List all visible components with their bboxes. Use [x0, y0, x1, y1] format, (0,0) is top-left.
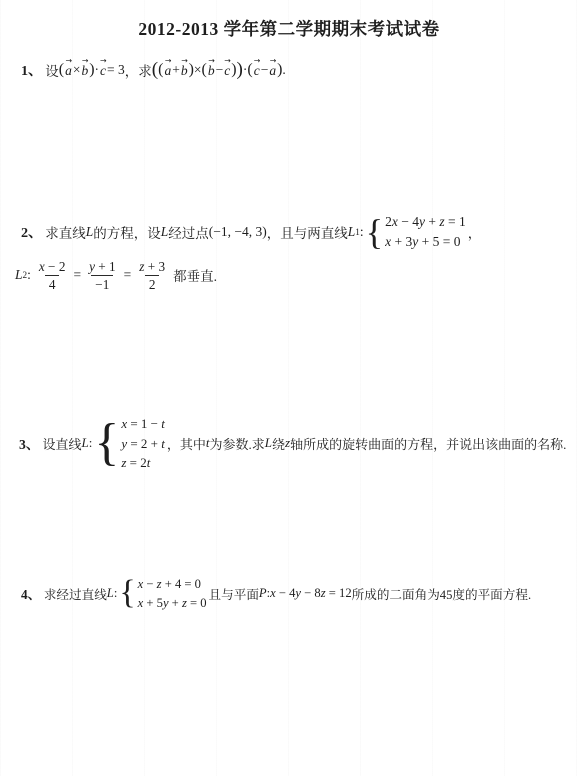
equation-system: {x = 1 − ty = 2 + tz = 2t — [94, 414, 165, 473]
text-run: 轴所成的旋转曲面的方程，并说出该曲面的名称. — [290, 434, 566, 453]
question-4-number: 4、 — [21, 584, 41, 603]
vector-c: c→ — [254, 63, 260, 78]
vector-arrow-icon: → — [208, 57, 215, 65]
math-run: = — [124, 267, 132, 283]
question-2-number: 2、 — [21, 222, 42, 242]
system-equation: x − z + 4 = 0 — [138, 575, 207, 594]
math-run: − — [261, 62, 269, 78]
text-run: 求直线 — [45, 222, 86, 242]
text-run: ，求 — [125, 60, 152, 80]
system-equation: x + 3y + 5 = 0 — [385, 232, 466, 252]
math-run: + — [172, 62, 180, 78]
system-equation: x = 1 − t — [121, 414, 165, 434]
text-run: 设直线 — [42, 434, 81, 453]
text-run: 且与平面 — [209, 584, 259, 603]
vector-arrow-icon: → — [270, 57, 277, 65]
system-equation: 2x − 4y + z = 1 — [385, 212, 466, 232]
vector-a: a→ — [269, 63, 276, 78]
text-run: 设 — [45, 60, 59, 80]
math-run: : — [27, 267, 31, 283]
math-run: P:x − 4y − 8z = 12 — [259, 586, 352, 601]
question-4-line-1: 求经过直线 L:{x − z + 4 = 0x + 5y + z = 0且与平面… — [44, 575, 531, 613]
math-run: = 3 — [107, 62, 125, 78]
question-3-number: 3、 — [19, 433, 39, 453]
question-3-row: 3、 设直线 L:{x = 1 − ty = 2 + tz = 2t，其中t为参… — [19, 414, 566, 473]
vector-a: a→ — [65, 63, 72, 78]
text-run: 求经过直线 — [44, 584, 107, 603]
question-2-line-1: 求直线 L 的方程，设 L 经过点(−1, −4, 3)，且与两直线 L1:{2… — [45, 212, 481, 253]
question-3: 3、 设直线 L:{x = 1 − ty = 2 + tz = 2t，其中t为参… — [19, 414, 566, 473]
fraction-denominator: 4 — [45, 275, 60, 292]
math-run: × — [73, 62, 81, 78]
fraction: x − 24 — [35, 259, 70, 292]
system-equation: z = 2t — [121, 453, 165, 473]
question-1-number: 1、 — [21, 60, 42, 80]
left-brace: { — [366, 217, 384, 248]
exam-paper-page: 2012-2013 学年第二学期期末考试试卷 1、 设(a→ × b→) · c… — [0, 0, 578, 776]
fraction-numerator: y + 1 — [85, 259, 120, 275]
math-run: = — [73, 267, 81, 283]
system-equation: y = 2 + t — [121, 434, 165, 454]
math-run: L — [265, 435, 272, 451]
question-1-line-1: 设(a→ × b→) · c→ = 3，求((a→ + b→) × (b→ − … — [45, 60, 286, 80]
math-run: L — [15, 267, 23, 283]
math-run: · — [95, 62, 100, 78]
paren: ( — [158, 62, 163, 78]
vector-arrow-icon: → — [100, 57, 107, 65]
text-run: 都垂直. — [173, 265, 217, 285]
question-2-row-1: 2、 求直线 L 的方程，设 L 经过点(−1, −4, 3)，且与两直线 L1… — [21, 212, 481, 253]
math-run: : — [360, 224, 364, 240]
vector-b: b→ — [208, 63, 215, 78]
fraction-denominator: −1 — [91, 275, 113, 292]
question-3-line-1: 设直线 L:{x = 1 − ty = 2 + tz = 2t，其中t为参数.求… — [42, 414, 566, 473]
math-run: . — [282, 62, 285, 78]
vector-arrow-icon: → — [165, 57, 172, 65]
text-run: ， — [468, 222, 482, 242]
text-run: ，且与两直线 — [267, 222, 348, 242]
left-brace: { — [119, 579, 135, 608]
vector-b: b→ — [81, 63, 88, 78]
text-run: 为参数.求 — [210, 434, 265, 453]
text-run: 的方程，设 — [93, 222, 161, 242]
fraction-denominator: 2 — [145, 275, 160, 292]
question-1-row: 1、 设(a→ × b→) · c→ = 3，求((a→ + b→) × (b→… — [21, 60, 286, 80]
question-2: 2、 求直线 L 的方程，设 L 经过点(−1, −4, 3)，且与两直线 L1… — [21, 212, 481, 292]
question-4: 4、 求经过直线 L:{x − z + 4 = 0x + 5y + z = 0且… — [21, 575, 531, 613]
paren: ( — [202, 62, 207, 78]
fraction: y + 1−1 — [85, 259, 120, 292]
vector-arrow-icon: → — [82, 57, 89, 65]
math-run: × — [194, 62, 202, 78]
page-title: 2012-2013 学年第二学期期末考试试卷 — [0, 16, 578, 41]
math-run: − — [216, 62, 224, 78]
fraction: z + 32 — [135, 259, 169, 292]
math-run: L — [348, 224, 356, 240]
vector-arrow-icon: → — [224, 57, 231, 65]
vector-b: b→ — [181, 63, 188, 78]
vector-a: a→ — [164, 63, 171, 78]
math-run: L: — [81, 435, 92, 451]
vector-arrow-icon: → — [254, 57, 261, 65]
math-run: (−1, −4, 3) — [209, 224, 267, 240]
math-run: L — [86, 224, 94, 240]
math-run: L — [161, 224, 169, 240]
paren: ( — [59, 62, 64, 78]
system-equation: x + 5y + z = 0 — [138, 594, 207, 613]
question-2-line-2: L2:x − 24 = y + 1−1 = z + 32 都垂直. — [15, 259, 217, 292]
paren: ( — [247, 62, 252, 78]
text-run: ，其中 — [167, 434, 206, 453]
left-brace: { — [94, 421, 119, 465]
vector-arrow-icon: → — [181, 57, 188, 65]
equation-system: {x − z + 4 = 0x + 5y + z = 0 — [119, 575, 206, 613]
vector-arrow-icon: → — [65, 57, 72, 65]
question-1: 1、 设(a→ × b→) · c→ = 3，求((a→ + b→) × (b→… — [21, 60, 286, 80]
vector-c: c→ — [224, 63, 230, 78]
fraction-numerator: x − 2 — [35, 259, 70, 275]
text-run: 绕 — [272, 434, 285, 453]
equation-system: {2x − 4y + z = 1x + 3y + 5 = 0 — [366, 212, 466, 253]
math-run: L: — [107, 586, 118, 601]
text-run: 所成的二面角为45度的平面方程. — [352, 584, 531, 603]
fraction-numerator: z + 3 — [135, 259, 169, 275]
vector-c: c→ — [100, 63, 106, 78]
text-run: 经过点 — [168, 222, 209, 242]
question-4-row: 4、 求经过直线 L:{x − z + 4 = 0x + 5y + z = 0且… — [21, 575, 531, 613]
question-2-row-2: L2:x − 24 = y + 1−1 = z + 32 都垂直. — [15, 259, 481, 292]
